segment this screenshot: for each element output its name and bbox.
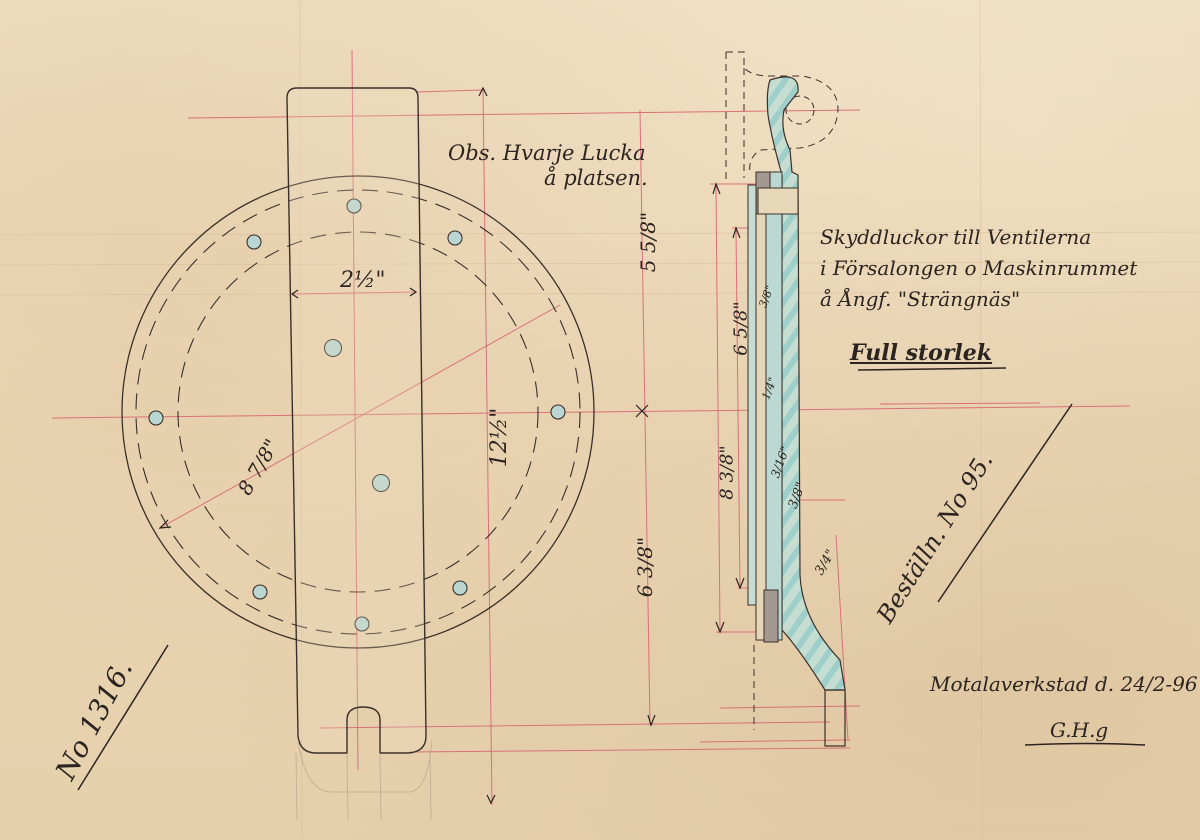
inner-plate-c (766, 172, 782, 640)
title-line-1: Skyddluckor till Ventilerna (820, 222, 1137, 253)
inner-plate-a (748, 185, 756, 605)
side-view-section (726, 52, 845, 746)
flap-foot (825, 690, 845, 746)
place-date: Motalaverkstad d. 24/2-96 (930, 672, 1198, 696)
dim-lower-half: 6 3/8" (633, 537, 657, 597)
dim-side-lower: 8 3/8" (717, 445, 738, 499)
drawing-title: Skyddluckor till Ventilerna i Försalonge… (820, 222, 1137, 315)
note-obs-line2: å platsen. (544, 166, 648, 190)
drawing-canvas (0, 0, 1200, 840)
dim-upper-half: 5 5/8" (636, 212, 660, 272)
bolt-shank (758, 188, 798, 214)
dim-plate-width: 2½" (340, 268, 385, 293)
note-underlines (78, 368, 1145, 790)
scale-note: Full storlek (850, 340, 992, 366)
inner-plate-b (756, 172, 766, 640)
cover-plate-outline (287, 88, 426, 753)
note-obs: Obs. Hvarje Lucka (448, 140, 646, 166)
signature: G.H.g (1050, 718, 1108, 742)
title-line-2: i Försalongen o Maskinrummet (820, 253, 1137, 284)
dim-side-upper: 6 5/8" (731, 301, 752, 355)
bolt-bottom (764, 590, 778, 642)
title-line-3: å Ångf. "Strängnäs" (820, 284, 1137, 315)
dim-plate-length: 12½" (487, 408, 512, 467)
drawing-sheet: Obs. Hvarje Lucka å platsen. Skyddluckor… (0, 0, 1200, 840)
paper-rule-lines (0, 0, 1200, 840)
